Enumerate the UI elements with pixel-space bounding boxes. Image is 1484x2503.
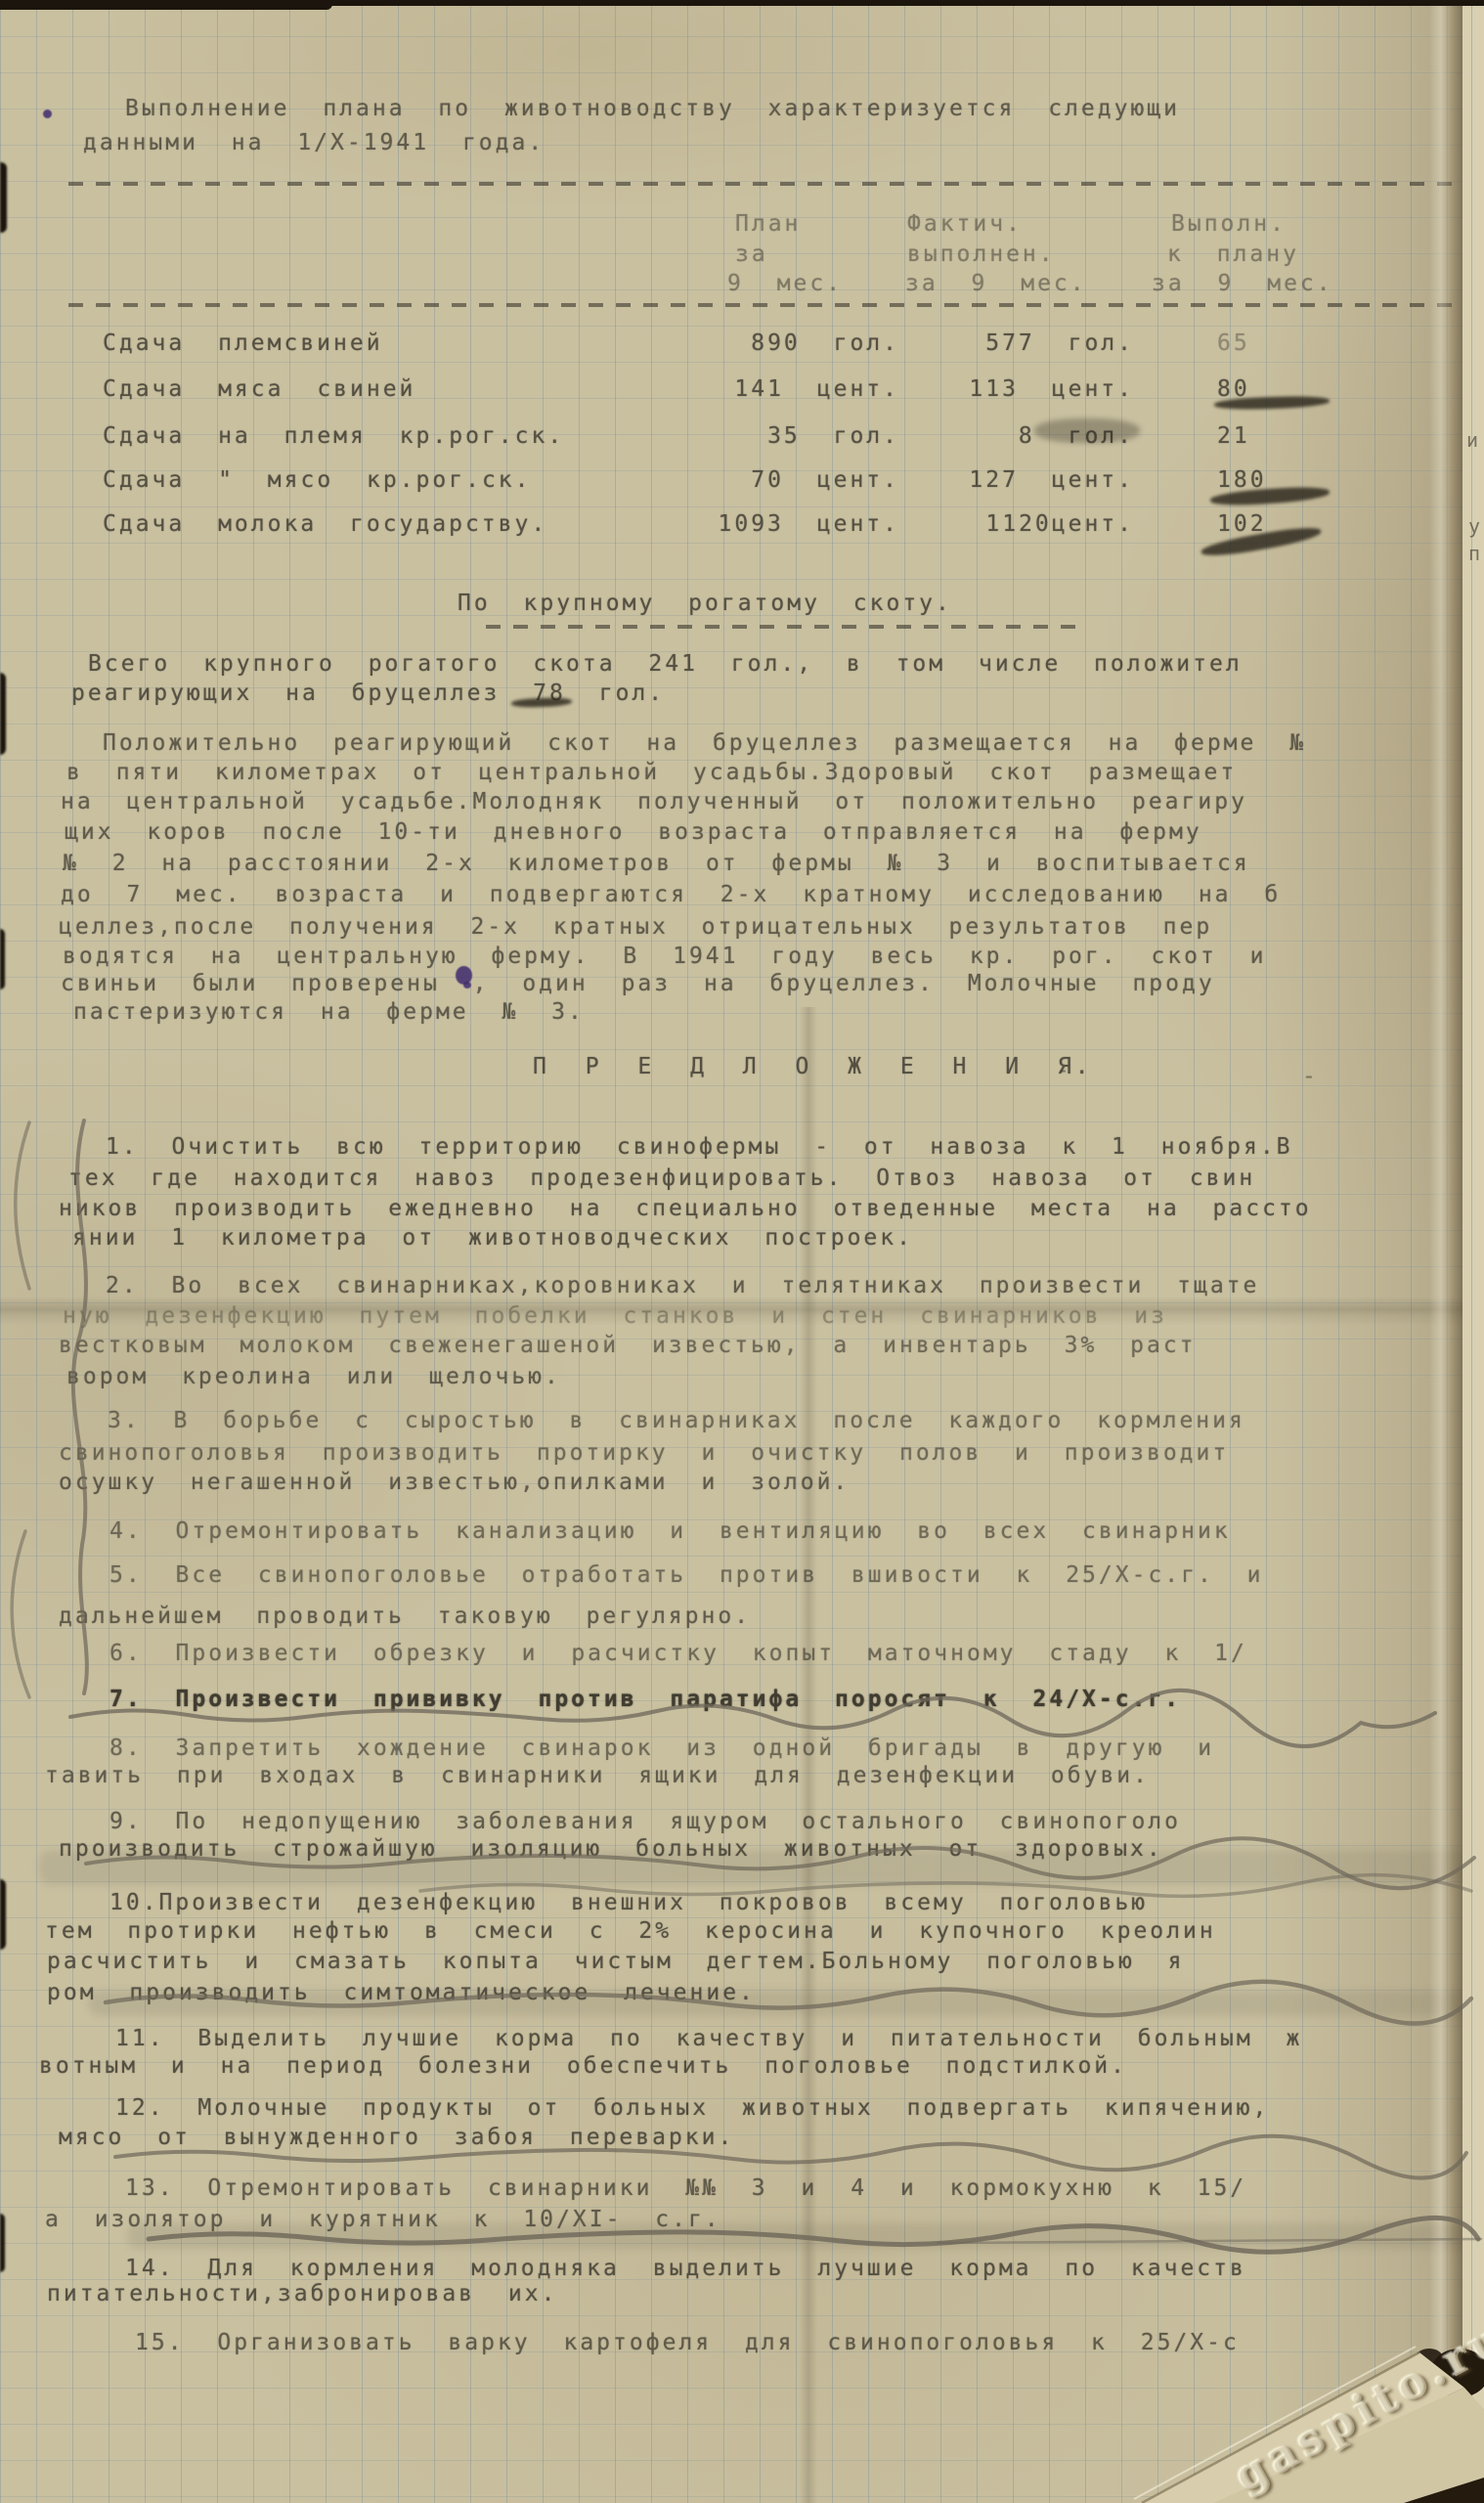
purple-ink-dot [43,110,52,118]
column-header-plan: План [735,211,801,238]
fact-value: 577 гол. [899,330,1134,357]
percent-value: 65 [1217,330,1250,357]
paragraph-line: до 7 мес. возраста и подвергаются 2-х кр… [61,882,1281,908]
proposal-line: 6. Произвести обрезку и расчистку копыт … [109,1641,1247,1667]
row-label: Сдача молока государству. [103,511,547,537]
paragraph-line: щих коров после 10-ти дневного возраста … [65,819,1202,846]
proposal-line: 3. В борьбе с сыростью в свинарниках пос… [108,1408,1245,1434]
proposal-line: ников производить ежедневно на специальн… [59,1196,1312,1222]
proposal-line: янии 1 километра от животноводческих пос… [72,1225,913,1251]
dashed-rule [68,182,1472,186]
stray-dash: - [1056,1058,1072,1084]
proposal-line: ром производить симтоматическое лечение. [47,1980,756,2006]
intro-line: Выполнение плана по животноводству харак… [125,96,1180,122]
proposal-line: тавить при входах в свинарники ящики для… [45,1763,1150,1789]
row-label: Сдача " мясо кр.рог.ск. [103,467,532,493]
paragraph-line: пастеризуются на ферме № 3. [73,999,585,1026]
scanner-edge-mark [0,162,7,233]
proposal-line: мясо от вынужденного забоя переварки. [59,2125,734,2151]
proposal-line: 1. Очистить всю территорию свинофермы - … [106,1134,1293,1161]
proposal-line: 4. Отремонтировать канализацию и вентиля… [109,1518,1231,1545]
proposal-line: свинопоголовья производить протирку и оч… [59,1440,1229,1467]
paragraph-line: водятся на центральную ферму. В 1941 год… [63,944,1267,970]
column-header-pct: к плану [1167,242,1299,268]
dashed-rule [486,625,1084,629]
proposal-line: 13. Отремонтировать свинарники №№ 3 и 4 … [125,2175,1246,2202]
row-label: Сдача на племя кр.рог.ск. [103,423,564,449]
paragraph-line: Всего крупного рогатого скота 241 гол., … [88,651,1243,678]
scanner-edge-top-left [0,0,332,10]
plan-value: 141 цент. [645,376,899,403]
proposal-line: производить строжайшую изоляцию больных … [59,1836,1163,1863]
row-label: Сдача мяса свиней [103,376,415,402]
scanner-edge-mark [0,1879,6,1950]
column-header-pct: за 9 мес. [1152,271,1333,297]
proposal-line: 2. Во всех свинарниках,коровниках и теля… [106,1273,1259,1299]
proposal-line: питательности,забронировав их. [47,2281,557,2307]
stray-dash: - [1302,1064,1319,1090]
scanner-edge-mark [0,673,6,755]
proposal-line: 10.Произвести дезенфекцию внешних покров… [109,1890,1148,1916]
column-header-plan: за [735,242,768,268]
purple-ink-blot [463,982,471,988]
proposal-line: 14. Для кормления молодняка выделить луч… [125,2256,1246,2282]
paragraph-line: реагирующих на бруцеллез 78 гол. [71,681,665,707]
proposal-line: дальнейшем проводить таковую регулярно. [59,1603,751,1630]
scanned-document: Выполнение плана по животноводству харак… [0,0,1484,2503]
paragraph-line: в пяти километрах от центральной усадьбы… [66,760,1237,786]
proposal-line: 5. Все свинопоголовье отработать против … [109,1562,1264,1589]
edge-letter: п [1468,542,1480,565]
scanner-edge-mark [0,929,5,989]
edge-letter: у [1468,514,1480,538]
row-label: Сдача племсвиней [103,330,383,356]
dashed-rule [68,303,1472,307]
fact-value: 127 цент. [899,467,1134,494]
page-curl [1429,0,1462,2503]
proposal-line: тех где находится навоз продезенфицирова… [68,1165,1255,1192]
plan-value: 890 гол. [645,330,899,357]
paragraph-line: на центральной усадьбе.Молодняк полученн… [61,789,1247,815]
second-sheet-edge [1462,0,1484,2503]
proposal-line: 12. Молочные продукты от больных животны… [115,2095,1269,2122]
proposal-line: вестковым молоком свеженегашеной известь… [59,1333,1197,1359]
plan-value: 35 гол. [645,423,899,450]
scanner-edge-mark [0,2214,5,2272]
paragraph-line: свиньи были проверены , один раз на бруц… [61,971,1215,997]
proposal-line: тем протирки нефтью в смеси с 2% керосин… [45,1918,1216,1945]
proposal-line: 9. По недопущению заболевания ящуром ост… [109,1809,1181,1835]
fact-value: 113 цент. [899,376,1134,403]
edge-letter: и [1466,428,1478,452]
proposal-line: 11. Выделить лучшие корма по качеству и … [115,2026,1302,2052]
paragraph-line: Положительно реагирующий скот на бруцелл… [103,730,1306,757]
fact-value: 1120цент. [899,511,1134,538]
ink-smudge-gol [1034,418,1140,443]
plan-value: 70 цент. [645,467,899,494]
proposal-line: 8. Запретить хождение свинарок из одной … [109,1735,1214,1762]
proposal-line: осушку негашенной известью,опилками и зо… [59,1470,850,1496]
table-row: Сдача на племя кр.рог.ск. 35 гол. 8 гол.… [103,423,1462,453]
column-header-fact: выполнен. [907,242,1056,268]
column-header-plan: 9 мес. [727,271,843,297]
paragraph-line: № 2 на расстоянии 2-х километров от ферм… [63,851,1250,877]
percent-value: 21 [1217,423,1250,450]
column-header-fact: за 9 мес. [905,271,1087,297]
column-header-pct: Выполн. [1171,211,1287,238]
plan-value: 1093 цент. [645,511,899,538]
paragraph-line: целлез,после получения 2-х кратных отриц… [59,914,1212,941]
section-title-proposals: П Р Е Д Л О Ж Е Н И Я. [533,1054,1093,1080]
column-header-fact: Фактич. [907,211,1023,238]
section-title-cattle: По крупному рогатому скоту. [458,591,952,617]
proposal-line: расчистить и смазать копыта чистым дегте… [47,1949,1185,1975]
proposal-line: вором креолина или щелочью. [66,1364,561,1390]
proposal-line: 15. Организовать варку картофеля для сви… [135,2330,1240,2356]
intro-line: данными на 1/X-1941 года. [83,130,545,156]
proposal-line-emphasized: 7. Произвести прививку против паратифа п… [109,1687,1181,1713]
proposal-line: вотным и на период болезни обеспечить по… [39,2053,1127,2080]
proposal-line: ную дезенфекцию путем побелки станков и … [63,1303,1167,1330]
table-row: Сдача племсвиней 890 гол. 577 гол. 65 [103,330,1462,360]
proposal-line: а изолятор и курятник к 10/XI- с.г. [45,2207,721,2233]
